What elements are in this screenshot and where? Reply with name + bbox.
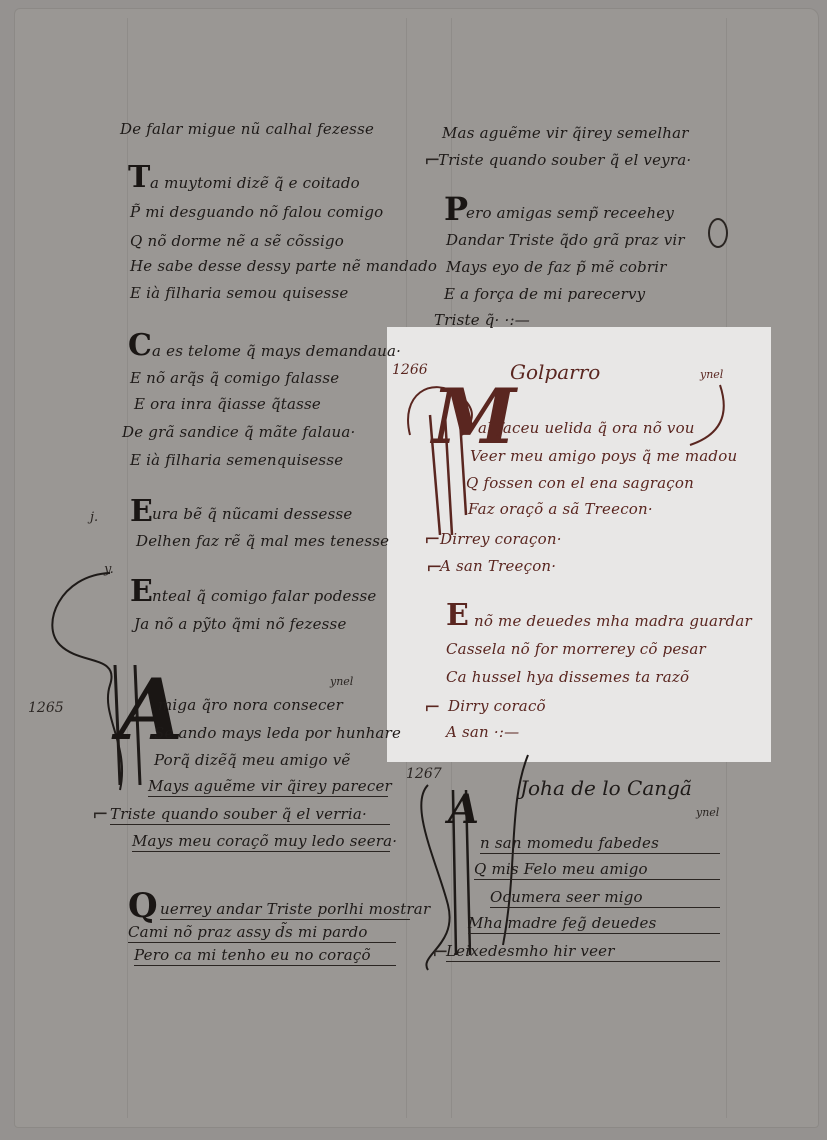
refrain-line: Leixedesmho hir veer [446, 942, 720, 962]
verse-line: ero amigas semp̃ receehey [466, 204, 674, 222]
verse-line: E ora inra q̃iasse q̃tasse [134, 395, 321, 413]
refrain-bracket: ⌐ [424, 527, 441, 551]
verse-line: Q fossen con el ena sagraçon [466, 474, 694, 492]
verse-line: nteal q̃ comigo falar podesse [152, 587, 376, 605]
verse-line: Delhen faz rẽ q̃ mal mes tenesse [136, 532, 389, 550]
initial-letter: Q [128, 886, 158, 926]
decorated-initial: A [448, 786, 479, 833]
verse-line: a es telome q̃ mays demandaua· [152, 342, 401, 360]
verse-line: n san momedu fabedes [480, 834, 720, 854]
verse-line: Se ando mays leda por hunhare [154, 724, 401, 742]
verse-line: Veer meu amigo poys q̃ me madou [470, 447, 737, 465]
refrain-line: Triste quando souber q̃ el veyra· [438, 151, 691, 169]
verse-line: uerrey andar Triste porlhi mostrar [160, 900, 410, 920]
verse-line: E ià filharia semou quisesse [130, 284, 348, 302]
verse-line: nõ me deuedes mha madra guardar [474, 612, 752, 630]
refrain-line: Mays meu coraçõ muy ledo seera· [132, 832, 390, 852]
initial-letter: E [446, 598, 469, 633]
verse-line: Q nõ dorme nẽ a sẽ cõssigo [130, 232, 344, 250]
poem-marker: ynel [330, 675, 353, 688]
verse-line: P̃ mi desguando nõ falou comigo [130, 203, 383, 221]
margin-circle-mark [708, 218, 728, 248]
refrain-line: Dirrey coraçon· [440, 530, 562, 548]
verse-line: Faz oraçõ a sã Treecon· [468, 500, 653, 518]
verse-line: Porq̃ dizẽq̃ meu amigo vẽ [154, 751, 350, 769]
initial-letter: P [444, 190, 468, 228]
refrain-line: A san Treeçon· [440, 557, 556, 575]
verse-line: Cami nõ praz assy d̃s mi pardo [128, 923, 396, 943]
verse-line: He sabe desse dessy parte nẽ mandado [130, 257, 437, 275]
verse-line: a muytomi dizẽ q̃ e coitado [150, 174, 360, 192]
verse-line: Dandar Triste q̃do grã praz vir [446, 231, 685, 249]
verse-line: Q mis Felo meu amigo [474, 860, 720, 880]
verse-line: De grã sandice q̃ mãte falaua· [122, 423, 356, 441]
initial-letter: E [130, 494, 153, 529]
initial-letter: T [128, 160, 150, 195]
poem-marker: ynel [696, 806, 719, 819]
verse-line: Pero ca mi tenho eu no coraçõ [134, 946, 396, 966]
refrain-line: Triste q̃· ·:— [434, 311, 530, 329]
refrain-bracket: ⌐ [92, 802, 109, 826]
refrain-line: Dirry coracõ [448, 697, 546, 715]
verse-line: Ca hussel hya dissemes ta razõ [446, 668, 689, 686]
verse-line: Ocumera seer migo [490, 888, 720, 908]
verse-line: al faceu uelida q̃ ora nõ vou [478, 419, 695, 437]
verse-line: E a força de mi parecervy [444, 285, 645, 303]
verse-line: E nõ arq̃s q̃ comigo falasse [130, 369, 339, 387]
margin-note: j. [90, 510, 98, 525]
initial-letter: C [128, 328, 152, 363]
verse-line: Mas aguẽme vir q̃irey semelhar [442, 124, 689, 142]
poem-number: 1265 [28, 700, 64, 716]
refrain-bracket: ⌐ [424, 695, 441, 719]
refrain-line: Triste quando souber q̃ el verria· [110, 805, 390, 825]
verse-line: miga q̃ro nora consecer [158, 696, 343, 714]
verse-line: ura bẽ q̃ nũcami dessesse [152, 505, 352, 523]
verse-line: Ja nõ a pỹto q̃mi nõ fezesse [134, 615, 347, 633]
verse-line: Mays aguẽme vir q̃irey parecer [148, 777, 388, 797]
verse-line: Cassela nõ for morrerey cõ pesar [446, 640, 706, 658]
verse-line: De falar migue nũ calhal fezesse [120, 120, 374, 138]
verse-line: Mha madre feg̃ deuedes [468, 914, 720, 934]
verse-line: E ià filharia semenquisesse [130, 451, 343, 469]
refrain-line: A san ·:— [446, 723, 519, 741]
verse-line: Mays eyo de faz p̃ mẽ cobrir [446, 258, 667, 276]
